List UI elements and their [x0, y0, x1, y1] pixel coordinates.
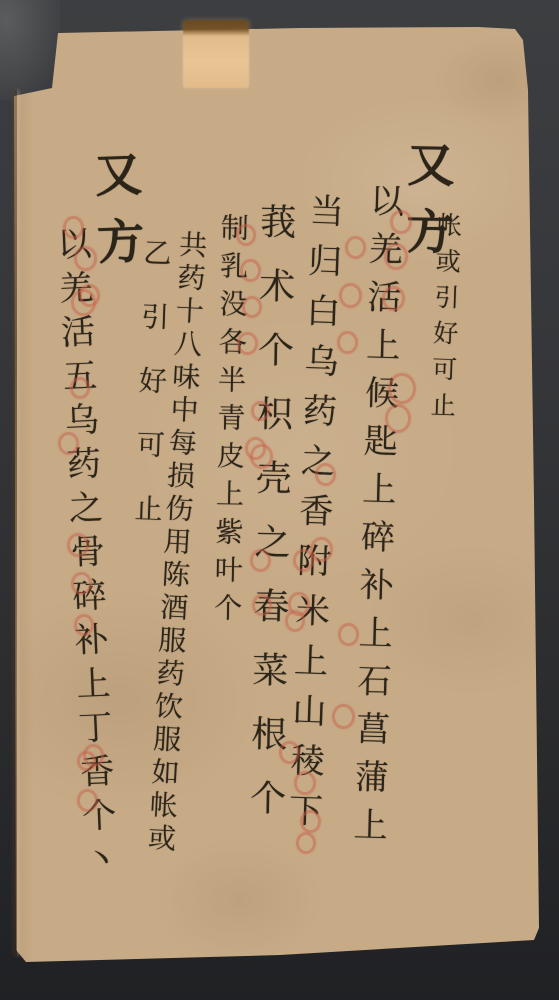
vermilion-reading-mark [251, 401, 270, 422]
vermilion-reading-mark [250, 549, 271, 572]
backdrop-shadow [0, 0, 60, 100]
vermilion-reading-mark [71, 572, 92, 595]
vermilion-reading-mark [296, 832, 316, 854]
vermilion-reading-mark [236, 224, 256, 246]
vermilion-reading-mark [58, 432, 79, 455]
vermilion-reading-mark [339, 283, 362, 309]
vermilion-reading-mark [385, 404, 411, 433]
vermilion-reading-mark [279, 741, 300, 764]
vermilion-reading-mark [237, 332, 258, 355]
book-spine-fold [14, 90, 17, 956]
vermilion-reading-mark [345, 236, 366, 259]
vermilion-reading-mark [77, 789, 98, 812]
vermilion-reading-mark [388, 373, 416, 404]
vermilion-reading-mark [337, 331, 358, 354]
vermilion-reading-mark [250, 444, 273, 470]
vermilion-reading-mark [242, 296, 262, 318]
vermilion-reading-mark [77, 751, 96, 772]
vermilion-reading-mark [63, 216, 84, 239]
vermilion-reading-mark [74, 614, 94, 636]
vermilion-reading-mark [240, 259, 261, 282]
vermilion-reading-mark [382, 286, 405, 312]
spine-label-sticker [183, 20, 249, 88]
manuscript-photo: 帐或引好可止 又方 以羌活上候匙上碎补上石菖蒲上 当归白乌药之香附米上山稜下 莪… [0, 0, 559, 1000]
vermilion-reading-mark [293, 549, 314, 572]
vermilion-reading-mark [74, 246, 97, 272]
vermilion-reading-mark [70, 377, 90, 399]
vermilion-reading-mark [252, 594, 272, 616]
vermilion-reading-mark [384, 243, 408, 270]
vermilion-reading-mark [71, 289, 96, 317]
vermilion-reading-mark [300, 810, 321, 833]
vermilion-reading-mark [332, 704, 355, 730]
vermilion-reading-mark [338, 623, 359, 646]
vermilion-reading-mark [315, 463, 336, 486]
vermilion-reading-mark [285, 610, 305, 632]
